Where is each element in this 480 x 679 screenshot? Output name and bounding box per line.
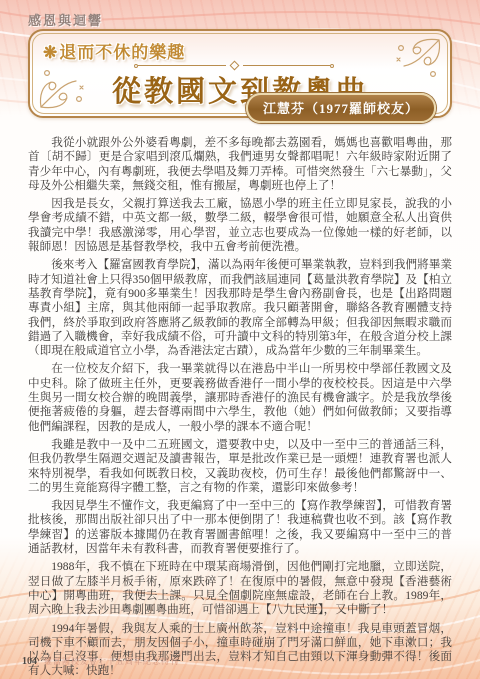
article-kicker: ❋退而不休的樂趣 [43,38,185,63]
divider-line [243,65,331,66]
body-paragraph: 在一位校友介紹下，我一畢業就得以在港島中半山一所男校中學部任教國文及中史科。除了… [28,362,452,433]
body-paragraph: 我從小就跟外公外婆看粵劇，差不多每晚都去荔園看，媽媽也喜歡唱粵曲，那首〔胡不歸〕… [28,136,452,193]
article-title-box: ❋退而不休的樂趣 從教國文到教粵曲 江慧芬（1977羅師校友） [28,29,452,118]
magazine-page: 感恩與迴響 ❋退而不休的樂趣 [0,0,480,679]
divider-dot-icon [330,64,334,68]
author-badge: 江慧芬（1977羅師校友） [246,93,436,123]
section-header: 感恩與迴響 [28,10,103,29]
body-paragraph: 後來考入【羅富國教育學院】，滿以為兩年後便可畢業執教，豈料到我們將畢業時才知道社… [28,258,452,358]
divider-line [138,65,226,66]
body-paragraph: 1994年暑假，我與友人乘的士上廣州飲茶，豈料中途撞車！我見車頭蓋冒烟，司機下車… [28,622,452,679]
body-paragraph: 我雖是教中一及中二五班國文，還要教中史，以及中一至中三的普通話三科，但我仍教學生… [28,438,452,495]
publication-title: 羅富國校友會七十五周年紀念特刊 [44,656,179,667]
ornamental-divider [134,62,334,69]
body-paragraph: 因我是長女，父親打算送我去工廠，協恩小學的班主任立即見家長，說我的小學會考成績不… [28,197,452,254]
asterisk-icon: ❋ [43,43,58,62]
page-footer: 104 羅富國校友會七十五周年紀念特刊 [22,656,179,667]
body-paragraph: 1988年，我不慎在下班時在中環某商場滑倒，因他們剛打完地臘，立即送院，翌日做了… [28,560,452,617]
article-body: 我從小就跟外公外婆看粵劇，差不多每晚都去荔園看，媽媽也喜歡唱粵曲，那首〔胡不歸〕… [28,136,452,679]
body-paragraph: 我因見學生不懂作文，我更編寫了中一至中三的【寫作教學練習】，可惜教育署批核後，那… [28,499,452,556]
page-number: 104 [22,656,37,667]
kicker-label: 退而不休的樂趣 [59,43,185,62]
